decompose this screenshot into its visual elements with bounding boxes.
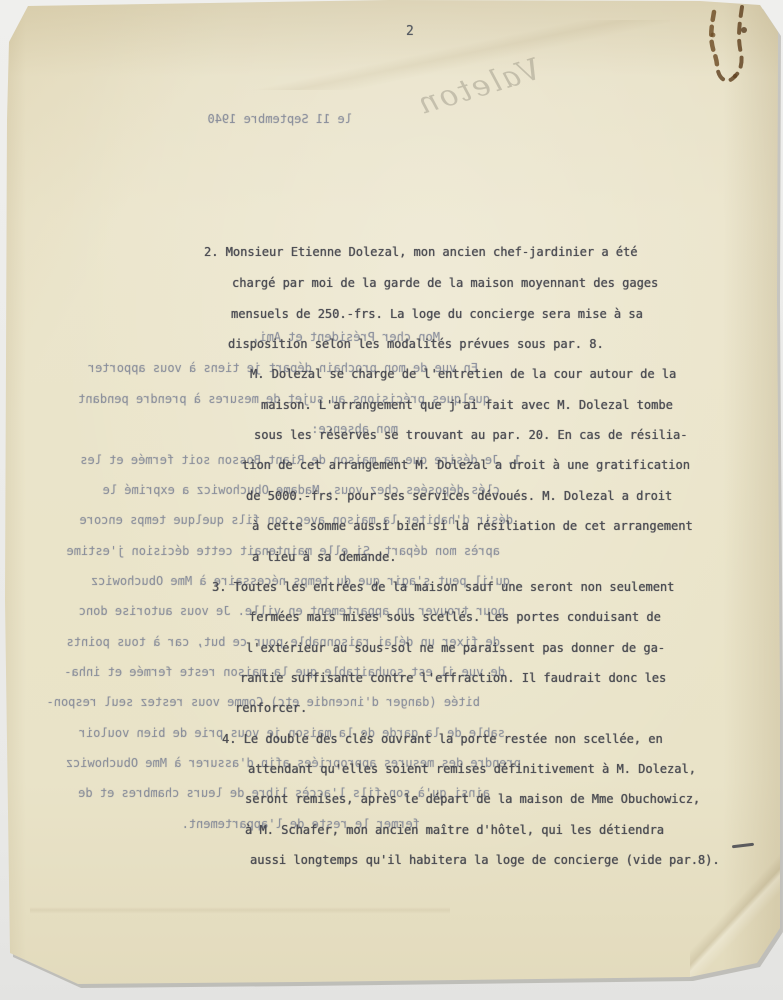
typed-text-line: l'extérieur au sous-sol ne me paraissent… [246,641,665,655]
typed-text-line: attendant qu'elles soient remises défini… [248,762,696,776]
typed-text-line: 4. Le double des clés ouvrant la porte r… [222,732,663,746]
rust-paperclip-stain [697,2,769,88]
typed-text-line: 2. Monsieur Etienne Dolezal, mon ancien … [204,245,637,259]
typed-text-line: disposition selon les modalités prévues … [228,337,604,351]
typed-text-line: chargé par moi de la garde de la maison … [232,276,658,290]
typed-text-line: renforcer. [235,701,307,715]
typed-text-line: fermées mais mises sous scellés. Les por… [249,610,661,624]
paper-crease [30,895,450,925]
typed-text-line: seront remises, après le départ de la ma… [245,792,700,806]
typed-text-line: M. Dolezal se charge de l'entretien de l… [250,367,676,381]
paper-edge-shading [0,0,26,1000]
document-page: 2 Valeton le 11 Septembre 1940Mon cher P… [0,0,783,1000]
typed-text-line: à cette somme aussi bien si la résiliati… [252,519,693,533]
typed-text-line: a lieu à sa demande. [252,550,397,564]
typed-text-line: mensuels de 250.-frs. La loge du concier… [231,307,643,321]
typed-text-line: rantie suffisante contre l'effraction. I… [240,671,666,685]
page-number: 2 [406,24,415,39]
typed-text-line: de 5000.-frs. pour ses services dévoués.… [246,489,672,503]
typed-text-line: tion de cet arrangement M. Dolezal a dro… [242,458,690,472]
typed-text-line: 3. Toutes les entrées de la maison sauf … [212,580,674,594]
scan-background: 2 Valeton le 11 Septembre 1940Mon cher P… [0,0,783,1000]
bleed-through-text-line: le 11 Septembre 1940 [208,112,353,126]
typed-text-line: maison. L'arrangement que j'ai fait avec… [261,398,673,412]
typed-text-line: sous les réserves se trouvant au par. 20… [254,428,687,442]
typed-text-line: à M. Schafer, mon ancien maître d'hôtel,… [245,823,664,837]
typed-text-line: aussi longtemps qu'il habitera la loge d… [250,853,720,867]
